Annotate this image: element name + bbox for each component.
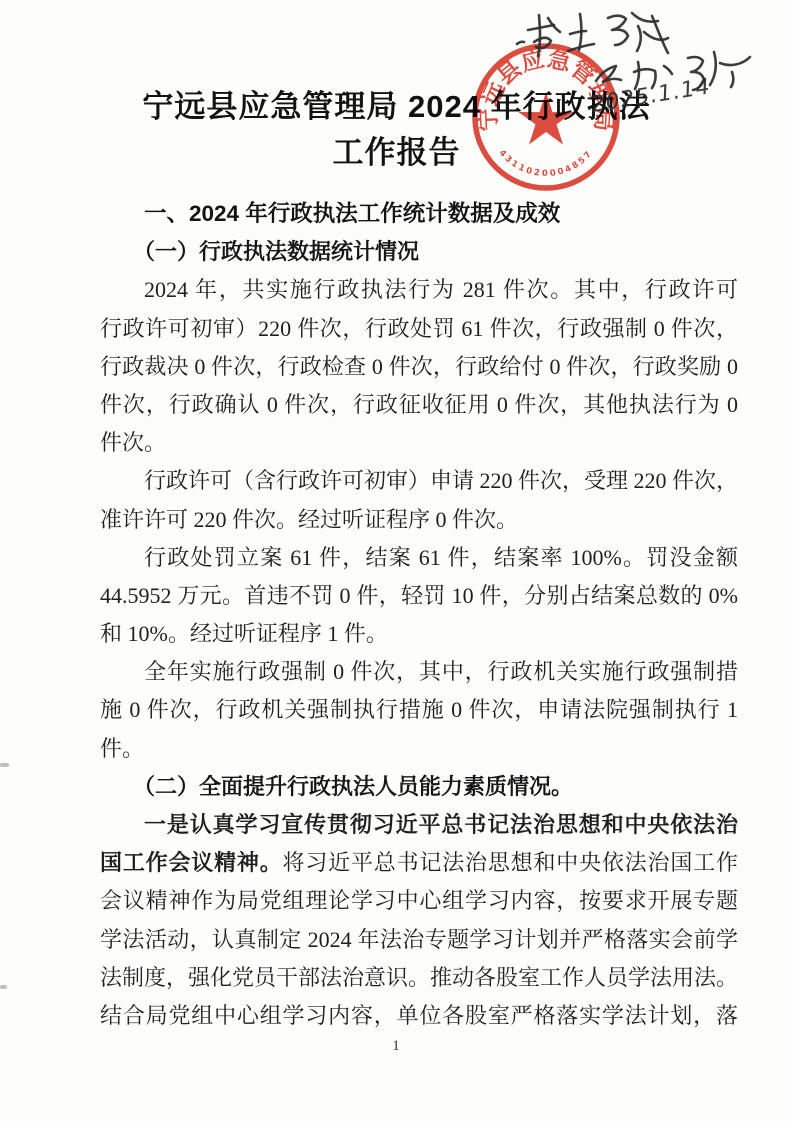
text-line: 件。	[100, 730, 738, 768]
text-continuation: 将习近平总书记法治思想和中央依法治国工作	[283, 850, 738, 875]
text-line: 行政许可（含行政许可初审）申请 220 件次，受理 220 件次，	[100, 462, 738, 500]
text-line: 和 10%。经过听证程序 1 件。	[100, 615, 738, 653]
text-line: 准许许可 220 件次。经过听证程序 0 件次。	[100, 501, 738, 539]
text-line-mixed: 国工作会议精神。将习近平总书记法治思想和中央依法治国工作	[100, 844, 738, 882]
title-line-1: 宁远县应急管理局 2024 年行政执法	[0, 84, 793, 130]
title-line-2: 工作报告	[0, 130, 793, 176]
text-line: 2024 年，共实施行政执法行为 281 件次。其中，行政许可（含	[100, 271, 738, 309]
text-line: 学法活动，认真制定 2024 年法治专题学习计划并严格落实会前学	[100, 921, 738, 959]
scan-artifact	[0, 763, 9, 767]
bold-lead-in: 国工作会议精神。	[100, 850, 283, 875]
text-line: 行政裁决 0 件次，行政检查 0 件次，行政给付 0 件次，行政奖励 0	[100, 348, 738, 386]
document-page: 宁远县应急管理局 2024 年行政执法 工作报告 宁远县应急管理局 431102…	[0, 0, 793, 1121]
text-line: 会议精神作为局党组理论学习中心组学习内容，按要求开展专题	[100, 882, 738, 920]
text-line: 全年实施行政强制 0 件次，其中，行政机关实施行政强制措	[100, 653, 738, 691]
page-number: 1	[0, 1038, 793, 1055]
scan-artifact	[0, 985, 7, 989]
text-line: 44.5952 万元。首违不罚 0 件，轻罚 10 件，分别占结案总数的 0%	[100, 577, 738, 615]
subsection-heading-1: （一）行政执法数据统计情况	[100, 233, 738, 271]
handwritten-note-scribble	[517, 13, 668, 56]
document-title: 宁远县应急管理局 2024 年行政执法 工作报告	[0, 84, 793, 176]
text-line: 件次。	[100, 424, 738, 462]
text-line: 行政许可初审）220 件次，行政处罚 61 件次，行政强制 0 件次，	[100, 310, 738, 348]
text-line-bold: 一是认真学习宣传贯彻习近平总书记法治思想和中央依法治	[100, 806, 738, 844]
subsection-heading-2: （二）全面提升行政执法人员能力素质情况。	[100, 768, 738, 806]
text-line: 结合局党组中心组学习内容，单位各股室严格落实学法计划，落	[100, 997, 738, 1035]
section-heading-1: 一、2024 年行政执法工作统计数据及成效	[100, 195, 738, 233]
document-body: 一、2024 年行政执法工作统计数据及成效 （一）行政执法数据统计情况 2024…	[100, 195, 738, 1035]
text-line: 法制度，强化党员干部法治意识。推动各股室工作人员学法用法。	[100, 959, 738, 997]
text-line: 行政处罚立案 61 件，结案 61 件，结案率 100%。罚没金额	[100, 539, 738, 577]
text-line: 施 0 件次，行政机关强制执行措施 0 件次，申请法院强制执行 1	[100, 691, 738, 729]
text-line: 件次，行政确认 0 件次，行政征收征用 0 件次，其他执法行为 0	[100, 386, 738, 424]
